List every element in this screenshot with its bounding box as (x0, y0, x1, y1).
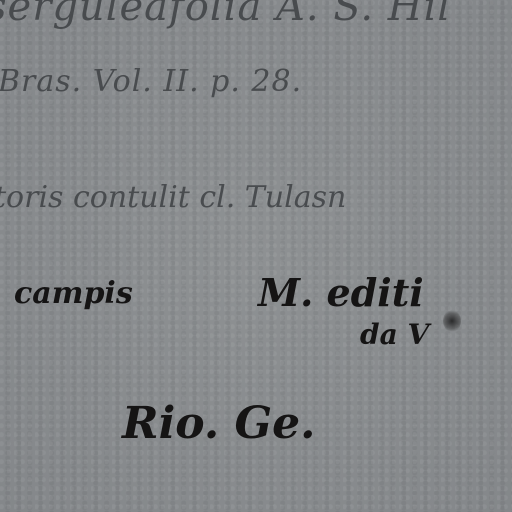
ink-blot (443, 310, 461, 332)
reference-line: Bras. Vol. II. p. 28. (0, 64, 302, 99)
locality-word-da: da V (360, 318, 429, 351)
signature-line: Rio. Ge. (122, 398, 315, 449)
species-name-line: serguleafolia A. S. Hil (0, 0, 451, 30)
contributor-line: toris contulit cl. Tulasn (0, 180, 346, 215)
locality-word-campis: campis (14, 276, 133, 311)
locality-word-editi: M. editi (258, 270, 424, 315)
